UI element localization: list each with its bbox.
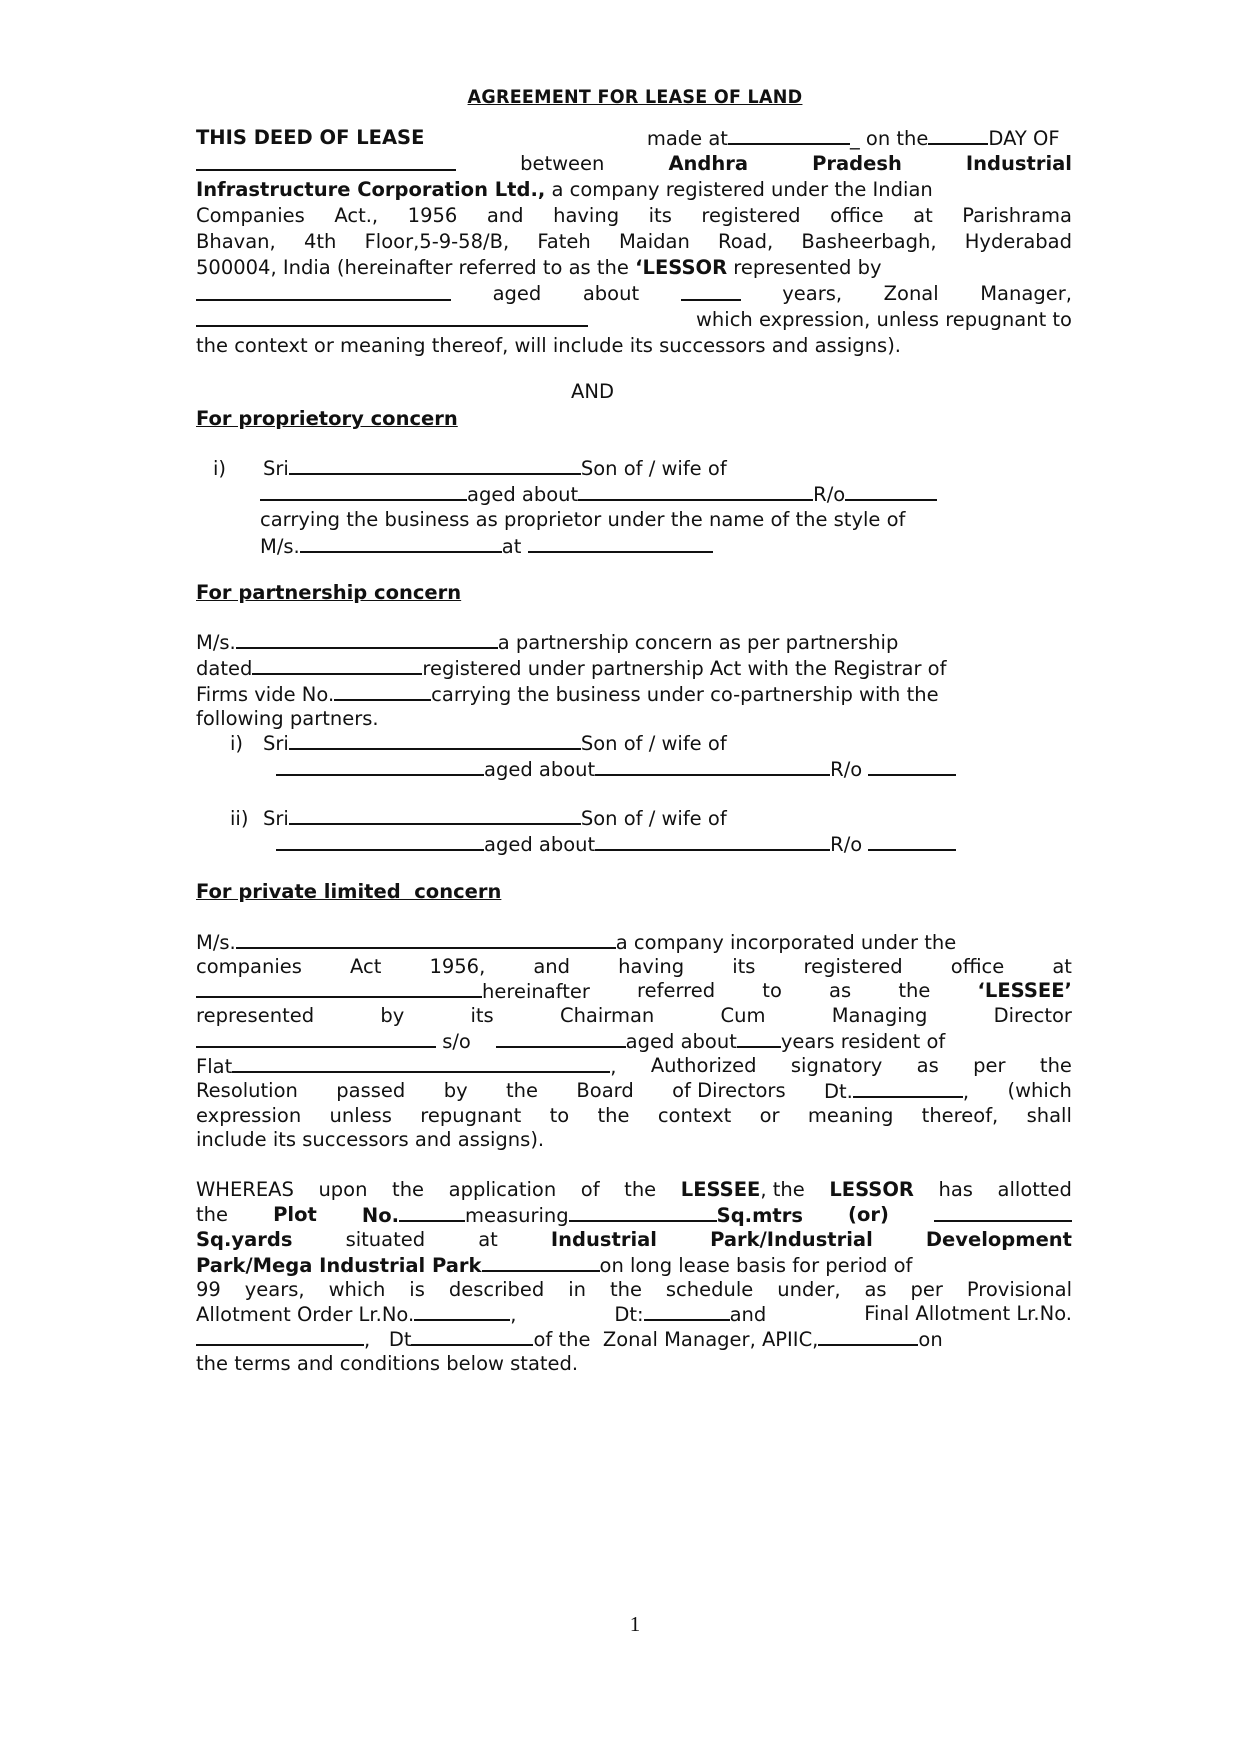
text: Andhra: [668, 151, 748, 177]
blank-date[interactable]: [196, 151, 456, 171]
section-heading-partnership: For partnership concern: [196, 580, 1072, 606]
text: and: [533, 954, 570, 980]
text: (which: [1007, 1078, 1071, 1105]
text: Director: [994, 1003, 1072, 1029]
text: 500004, India (hereinafter referred to a…: [196, 256, 635, 279]
preamble-line-6: 500004, India (hereinafter referred to a…: [196, 255, 1072, 281]
blank-final-date[interactable]: [411, 1326, 533, 1346]
heading: For partnership concern: [196, 581, 461, 604]
text: R/o: [813, 483, 845, 506]
preamble-line-8: which expression, unless repugnant to: [196, 307, 1072, 333]
preamble-line-4: Companies Act., 1956 and having its regi…: [196, 203, 1072, 229]
preamble-line-2: between Andhra Pradesh Industrial: [196, 151, 1072, 177]
text: the: [1040, 1053, 1072, 1080]
text: M/s.: [196, 631, 236, 654]
and-label: AND: [0, 380, 1185, 403]
text: as: [917, 1053, 939, 1080]
text: shall: [1027, 1103, 1072, 1129]
text: about: [583, 281, 639, 307]
partnership-line-3: Firms vide No.carrying the business unde…: [196, 681, 1072, 708]
text: of Directors: [672, 1078, 786, 1105]
text: thereof,: [922, 1103, 999, 1129]
text: DAY OF: [988, 127, 1059, 150]
text: referred: [637, 978, 715, 1005]
text: dated: [196, 657, 252, 680]
text: of the Zonal Manager, APIIC,: [533, 1328, 818, 1351]
lessor-label: LESSOR: [829, 1177, 914, 1203]
section-heading-proprietory: For proprietory concern: [196, 406, 1072, 432]
partnership-line-2: datedregistered under partnership Act wi…: [196, 655, 1072, 682]
text: situated: [346, 1227, 426, 1253]
company-name: Infrastructure Corporation Ltd.,: [196, 178, 545, 201]
blank-residence[interactable]: [868, 756, 956, 776]
text: Son of / wife of: [581, 457, 727, 480]
blank-day[interactable]: [928, 125, 988, 145]
text: on: [918, 1328, 942, 1351]
text: years,: [782, 281, 842, 307]
private-line-7: ResolutionpassedbytheBoardof Directors D…: [196, 1078, 1072, 1105]
text: the: [392, 1177, 424, 1203]
blank-residence[interactable]: [868, 831, 956, 851]
text: and: [730, 1303, 767, 1326]
blank-director-age[interactable]: [737, 1028, 781, 1048]
text: registered under partnership Act with th…: [422, 657, 946, 680]
text: companies: [196, 954, 302, 980]
text: Pradesh: [812, 151, 902, 177]
blank-park-name[interactable]: [482, 1252, 600, 1272]
text: application: [449, 1177, 557, 1203]
text: meaning: [808, 1103, 893, 1129]
text: Sq.mtrs: [717, 1204, 803, 1227]
text: Dt: [389, 1328, 412, 1351]
private-line-9: include its successors and assigns).: [196, 1127, 1072, 1153]
item-number: i): [230, 731, 263, 757]
text: a company registered under the Indian: [545, 178, 933, 201]
whereas-line-4: Park/Mega Industrial Parkon long lease b…: [196, 1252, 1072, 1279]
text: ,: [963, 1080, 969, 1103]
text: which expression, unless repugnant to: [696, 307, 1072, 333]
text: (or): [848, 1202, 889, 1229]
text: its: [732, 954, 755, 980]
partner-2-line-1: ii)SriSon of / wife of: [196, 805, 1072, 832]
preamble-line-3: Infrastructure Corporation Ltd., a compa…: [196, 177, 1072, 203]
text: having: [618, 954, 684, 980]
text: the: [196, 1202, 228, 1229]
text: aged about: [626, 1030, 737, 1053]
blank-place[interactable]: [728, 125, 850, 145]
text: represented by: [727, 256, 881, 279]
text: the: [597, 1103, 629, 1129]
proprietor-line-1: i)SriSon of / wife of: [196, 455, 1072, 482]
text: Authorized: [651, 1053, 757, 1080]
deed-of-lease-label: THIS DEED OF LEASE: [196, 125, 424, 152]
partnership-line-1: M/s.a partnership concern as per partner…: [196, 629, 1072, 656]
text: at: [502, 535, 522, 558]
blank-registration-no[interactable]: [334, 681, 431, 701]
lessee-label: ‘LESSEE’: [978, 978, 1072, 1005]
text: No.: [362, 1204, 399, 1227]
text: aged about: [484, 833, 595, 856]
text: the: [506, 1078, 538, 1105]
blank-firm-name[interactable]: [300, 533, 502, 553]
whereas-line-3: Sq.yards situated at Industrial Park/Ind…: [196, 1227, 1072, 1253]
proprietor-line-4: M/s.at: [260, 533, 1136, 560]
section-heading-private-limited: For private limited concern: [196, 879, 1072, 905]
text: ,: [364, 1328, 370, 1351]
text: Manager,: [980, 281, 1072, 307]
whereas-line-8: the terms and conditions below stated.: [196, 1351, 1072, 1377]
text: per: [973, 1053, 1005, 1080]
text: allotted: [998, 1177, 1072, 1203]
lessee-label: LESSEE: [681, 1178, 761, 1201]
text: measuring: [465, 1204, 569, 1227]
text: Plot: [273, 1202, 317, 1229]
text: the: [898, 978, 930, 1005]
blank-name[interactable]: [289, 730, 581, 750]
blank-flat-address[interactable]: [232, 1053, 610, 1073]
blank-apiic-ref[interactable]: [818, 1326, 918, 1346]
text: has: [939, 1177, 973, 1203]
lessor-label: ‘LESSOR: [635, 256, 727, 279]
blank-name[interactable]: [289, 455, 581, 475]
blank-registered-office[interactable]: [196, 978, 482, 998]
text: Son of / wife of: [581, 732, 727, 755]
text: hereinafter: [482, 980, 590, 1003]
text: aged: [493, 281, 542, 307]
blank-age[interactable]: [681, 281, 741, 301]
blank-firm-name[interactable]: [236, 629, 498, 649]
text: Dt:: [614, 1303, 643, 1326]
blank-plot-no[interactable]: [399, 1202, 465, 1222]
whereas-line-1: WHEREAS upon the application of the LESS…: [196, 1177, 1072, 1203]
text: _ on the: [850, 127, 928, 150]
blank-sq-yards[interactable]: [934, 1202, 1072, 1222]
whereas-line-2: the Plot No.measuringSq.mtrs (or): [196, 1202, 1072, 1229]
text: Allotment Order Lr.No.: [196, 1303, 414, 1326]
text: Zonal: [884, 281, 939, 307]
text: Board: [576, 1078, 633, 1105]
blank-age[interactable]: [595, 756, 830, 776]
blank-date[interactable]: [252, 655, 422, 675]
proprietor-line-3: carrying the business as proprietor unde…: [260, 507, 1136, 533]
blank-location[interactable]: [528, 533, 713, 553]
text: by: [444, 1078, 468, 1105]
text: carrying the business under co-partnersh…: [431, 683, 938, 706]
text: between: [520, 151, 604, 177]
partnership-line-4: following partners.: [196, 706, 1072, 732]
text: a partnership concern as per partnership: [498, 631, 899, 654]
blank-age[interactable]: [578, 481, 813, 501]
text: upon: [318, 1177, 367, 1203]
private-line-3: hereinafter referred to as the ‘LESSEE’: [196, 978, 1072, 1005]
text: s/o: [442, 1030, 471, 1053]
whereas-line-6: Allotment Order Lr.No., Dt:and Final All…: [196, 1301, 1072, 1328]
text: signatory: [791, 1053, 882, 1080]
private-line-4: representedbyitsChairmanCumManagingDirec…: [196, 1003, 1072, 1029]
preamble-line-1: THIS DEED OF LEASE made at_ on theDAY OF: [196, 125, 1072, 152]
blank-parent[interactable]: [276, 756, 484, 776]
text: ,: [510, 1303, 516, 1326]
blank-name[interactable]: [289, 805, 581, 825]
blank-director-name[interactable]: [196, 1028, 436, 1048]
text: M/s.: [260, 535, 300, 558]
blank-provisional-date[interactable]: [644, 1301, 730, 1321]
blank-parent[interactable]: [260, 481, 467, 501]
preamble-line-7: aged about years, Zonal Manager,: [196, 281, 1072, 307]
text: Development: [926, 1227, 1072, 1253]
text: years resident of: [781, 1030, 945, 1053]
document-page: AGREEMENT FOR LEASE OF LAND THIS DEED OF…: [0, 0, 1241, 1754]
text: Sq.yards: [196, 1227, 292, 1253]
blank-director-parent[interactable]: [496, 1028, 626, 1048]
blank-final-lr-no[interactable]: [196, 1326, 364, 1346]
text: office: [951, 954, 1005, 980]
blank-residence[interactable]: [845, 481, 937, 501]
text: represented: [196, 1003, 314, 1029]
text: the: [624, 1177, 656, 1203]
partner-2-line-2: aged aboutR/o: [276, 831, 1152, 858]
text: Park/Mega Industrial Park: [196, 1254, 482, 1277]
text: Industrial: [966, 151, 1072, 177]
text: to: [762, 978, 782, 1005]
page-number: 1: [0, 1612, 1241, 1637]
text: aged about: [467, 483, 578, 506]
text: context: [658, 1103, 732, 1129]
preamble-line-5: Bhavan, 4th Floor,5-9-58/B, Fateh Maidan…: [196, 229, 1072, 255]
text: Cum: [721, 1003, 766, 1029]
text: on long lease basis for period of: [600, 1254, 913, 1277]
private-line-2: companiesAct1956,andhavingitsregisteredo…: [196, 954, 1072, 980]
document-title: AGREEMENT FOR LEASE OF LAND: [51, 86, 1219, 108]
whereas-line-7: , Dtof the Zonal Manager, APIIC,on: [196, 1326, 1072, 1353]
blank-age[interactable]: [595, 831, 830, 851]
item-number: i): [213, 456, 263, 482]
text: Sri: [263, 457, 289, 480]
preamble-line-9: the context or meaning thereof, will inc…: [196, 333, 1072, 359]
text: of: [581, 1177, 600, 1203]
text: Sri: [263, 807, 289, 830]
blank-representative[interactable]: [196, 281, 451, 301]
blank-sq-mtrs[interactable]: [569, 1202, 717, 1222]
text: or: [760, 1103, 780, 1129]
proprietor-line-2: aged aboutR/o: [260, 481, 1136, 508]
text: at: [478, 1227, 498, 1253]
private-line-6: Flat, Authorized signatory as per the: [196, 1053, 1072, 1080]
text: aged about: [484, 758, 595, 781]
text: Industrial: [551, 1227, 657, 1253]
text: Act: [350, 954, 381, 980]
text: Son of / wife of: [581, 807, 727, 830]
item-number: ii): [230, 806, 263, 832]
text: , the: [760, 1178, 804, 1201]
text: its: [470, 1003, 493, 1029]
text: at: [1052, 954, 1072, 980]
text: Flat: [196, 1055, 232, 1078]
text: 1956,: [429, 954, 485, 980]
private-line-1: M/s.a company incorporated under the: [196, 929, 1072, 956]
text: Resolution: [196, 1078, 298, 1105]
text: ,: [610, 1055, 616, 1078]
text: Firms vide No.: [196, 683, 334, 706]
text: unless: [330, 1103, 392, 1129]
whereas-line-5: 99 years, which is described in the sche…: [196, 1277, 1072, 1303]
blank-company-name[interactable]: [236, 929, 616, 949]
text: Sri: [263, 732, 289, 755]
text: R/o: [830, 758, 862, 781]
text: M/s.: [196, 931, 236, 954]
text: made at: [647, 127, 728, 150]
private-line-5: s/o aged aboutyears resident of: [196, 1028, 1072, 1055]
text: Park/Industrial: [710, 1227, 873, 1253]
text: Chairman: [560, 1003, 654, 1029]
text: Final Allotment Lr.No.: [864, 1301, 1072, 1328]
private-line-8: expressionunlessrepugnanttothecontextorm…: [196, 1103, 1072, 1129]
text: expression: [196, 1103, 301, 1129]
blank-provisional-lr-no[interactable]: [414, 1301, 510, 1321]
text: a company incorporated under the: [616, 931, 956, 954]
text: by: [380, 1003, 404, 1029]
text: registered: [804, 954, 903, 980]
text: as: [829, 978, 851, 1005]
partner-1-line-2: aged aboutR/o: [276, 756, 1152, 783]
text: Dt.: [824, 1080, 853, 1103]
blank-resolution-date[interactable]: [853, 1078, 963, 1098]
text: Managing: [832, 1003, 928, 1029]
text: passed: [336, 1078, 405, 1105]
blank-parent[interactable]: [276, 831, 484, 851]
text: WHEREAS: [196, 1177, 294, 1203]
blank-zone[interactable]: [196, 307, 588, 327]
heading: For private limited concern: [196, 880, 501, 903]
heading: For proprietory concern: [196, 407, 458, 430]
text: to: [550, 1103, 570, 1129]
partner-1-line-1: i)SriSon of / wife of: [196, 730, 1072, 757]
text: repugnant: [420, 1103, 521, 1129]
text: R/o: [830, 833, 862, 856]
